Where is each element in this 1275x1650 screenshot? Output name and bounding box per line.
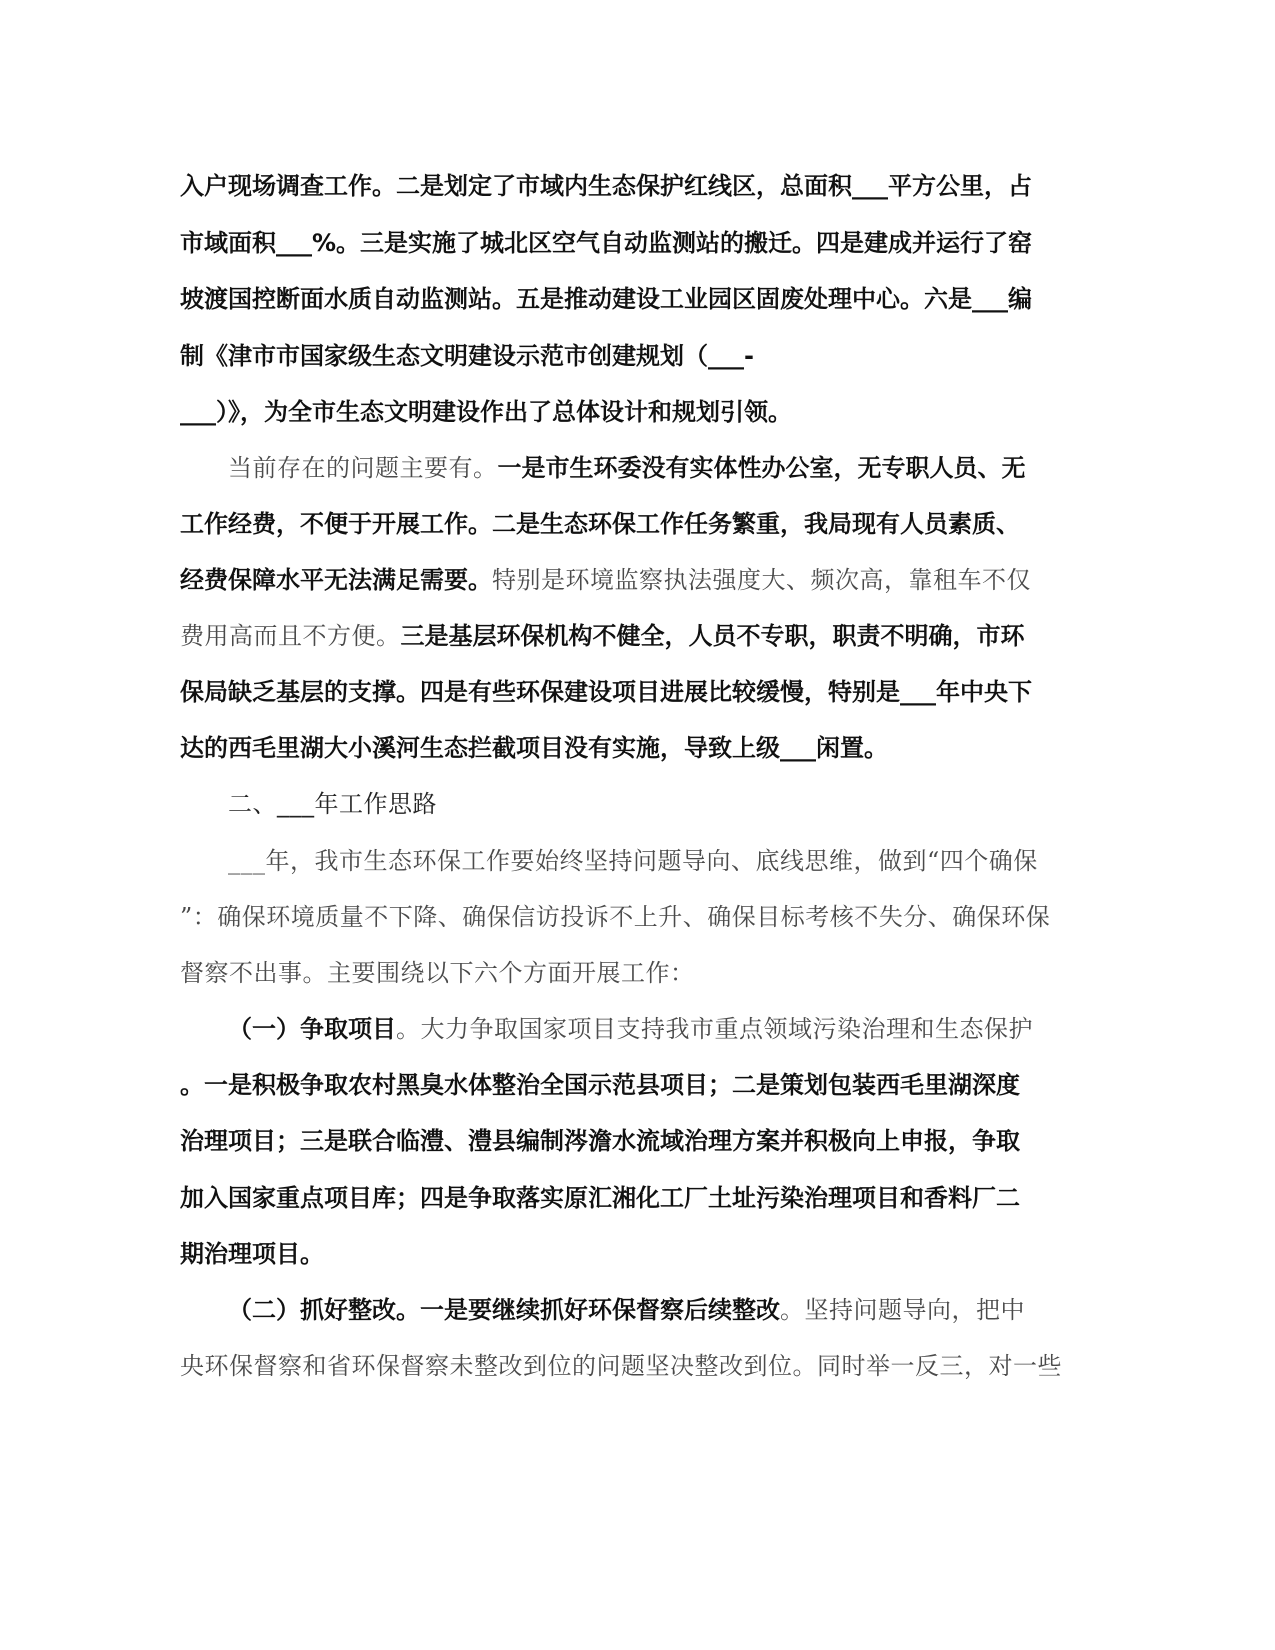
text-run: 特别是环境监察执法强度大、频次高，靠租车不仅 bbox=[492, 566, 1031, 594]
paragraph-line: 期治理项目。 bbox=[180, 1239, 324, 1269]
text-run: 经费保障水平无法满足需要。 bbox=[180, 566, 492, 594]
text-run: 治理项目；三是联合临澧、澧县编制涔澹水流域治理方案并积极向上申报，争取 bbox=[180, 1127, 1020, 1155]
paragraph-line: ”：确保环境质量不下降、确保信访投诉不上升、确保目标考核不失分、确保环保 bbox=[180, 902, 1050, 932]
paragraph-line: 制《津市市国家级生态文明建设示范市创建规划（___- bbox=[180, 341, 754, 371]
text-run: 央环保督察和省环保督察未整改到位的问题坚决整改到位。同时举一反三，对一些 bbox=[180, 1352, 1062, 1380]
text-run: 达的西毛里湖大小溪河生态拦截项目没有实施，导致上级___闲置。 bbox=[180, 734, 888, 762]
text-run: 加入国家重点项目库；四是争取落实原汇湘化工厂土址污染治理项目和香料厂二 bbox=[180, 1184, 1020, 1212]
text-run: ”：确保环境质量不下降、确保信访投诉不上升、确保目标考核不失分、确保环保 bbox=[180, 903, 1050, 931]
text-run: （二）抓好整改。一是要继续抓好环保督察后续整改 bbox=[228, 1296, 780, 1324]
paragraph-line: 经费保障水平无法满足需要。特别是环境监察执法强度大、频次高，靠租车不仅 bbox=[180, 565, 1031, 595]
text-run: 。坚持问题导向，把中 bbox=[780, 1296, 1025, 1324]
paragraph-line: 加入国家重点项目库；四是争取落实原汇湘化工厂土址污染治理项目和香料厂二 bbox=[180, 1183, 1020, 1213]
text-run: 坡渡国控断面水质自动监测站。五是推动建设工业园区固废处理中心。六是___编 bbox=[180, 285, 1032, 313]
paragraph-line: （一）争取项目。大力争取国家项目支持我市重点领域污染治理和生态保护 bbox=[228, 1014, 1033, 1044]
paragraph-line: ___）》，为全市生态文明建设作出了总体设计和规划引领。 bbox=[180, 397, 792, 427]
text-run: 入户现场调查工作。二是划定了市域内生态保护红线区，总面积___平方公里，占 bbox=[180, 172, 1032, 200]
paragraph-line: ___年，我市生态环保工作要始终坚持问题导向、底线思维，做到“四个确保 bbox=[228, 846, 1038, 876]
paragraph-line: 督察不出事。主要围绕以下六个方面开展工作： bbox=[180, 958, 695, 988]
text-run: 费用高而且不方便。 bbox=[180, 622, 401, 650]
text-run: 二、___年工作思路 bbox=[228, 790, 437, 818]
section-heading: 二、___年工作思路 bbox=[228, 789, 437, 819]
text-run: 一是市生环委没有实体性办公室，无专职人员、无 bbox=[498, 454, 1026, 482]
paragraph-line: 治理项目；三是联合临澧、澧县编制涔澹水流域治理方案并积极向上申报，争取 bbox=[180, 1126, 1020, 1156]
paragraph-line: 保局缺乏基层的支撑。四是有些环保建设项目进展比较缓慢，特别是___年中央下 bbox=[180, 677, 1032, 707]
document-page: 入户现场调查工作。二是划定了市域内生态保护红线区，总面积___平方公里，占 市域… bbox=[0, 0, 1275, 1650]
text-run: 工作经费，不便于开展工作。二是生态环保工作任务繁重，我局现有人员素质、 bbox=[180, 510, 1020, 538]
text-run: 。大力争取国家项目支持我市重点领域污染治理和生态保护 bbox=[396, 1015, 1033, 1043]
text-run: 三是基层环保机构不健全，人员不专职，职责不明确，市环 bbox=[401, 622, 1025, 650]
text-run: 。一是积极争取农村黑臭水体整治全国示范县项目；二是策划包装西毛里湖深度 bbox=[180, 1071, 1020, 1099]
text-run: 期治理项目。 bbox=[180, 1240, 324, 1268]
text-run: ___）》，为全市生态文明建设作出了总体设计和规划引领。 bbox=[180, 398, 792, 426]
text-run: 市域面积___%。三是实施了城北区空气自动监测站的搬迁。四是建成并运行了窑 bbox=[180, 229, 1032, 257]
paragraph-line: 市域面积___%。三是实施了城北区空气自动监测站的搬迁。四是建成并运行了窑 bbox=[180, 228, 1032, 258]
paragraph-line: 央环保督察和省环保督察未整改到位的问题坚决整改到位。同时举一反三，对一些 bbox=[180, 1351, 1062, 1381]
paragraph-line: 工作经费，不便于开展工作。二是生态环保工作任务繁重，我局现有人员素质、 bbox=[180, 509, 1020, 539]
text-run: 制《津市市国家级生态文明建设示范市创建规划（___- bbox=[180, 342, 754, 370]
paragraph-line: 坡渡国控断面水质自动监测站。五是推动建设工业园区固废处理中心。六是___编 bbox=[180, 284, 1032, 314]
text-run: 督察不出事。主要围绕以下六个方面开展工作： bbox=[180, 959, 695, 987]
paragraph-line: 达的西毛里湖大小溪河生态拦截项目没有实施，导致上级___闲置。 bbox=[180, 733, 888, 763]
paragraph-line: 入户现场调查工作。二是划定了市域内生态保护红线区，总面积___平方公里，占 bbox=[180, 171, 1032, 201]
text-run: ___年，我市生态环保工作要始终坚持问题导向、底线思维，做到“四个确保 bbox=[228, 847, 1038, 875]
paragraph-line: 费用高而且不方便。三是基层环保机构不健全，人员不专职，职责不明确，市环 bbox=[180, 621, 1025, 651]
text-run: 保局缺乏基层的支撑。四是有些环保建设项目进展比较缓慢，特别是___年中央下 bbox=[180, 678, 1032, 706]
text-run: （一）争取项目 bbox=[228, 1015, 396, 1043]
paragraph-line: 。一是积极争取农村黑臭水体整治全国示范县项目；二是策划包装西毛里湖深度 bbox=[180, 1070, 1020, 1100]
paragraph-line: （二）抓好整改。一是要继续抓好环保督察后续整改。坚持问题导向，把中 bbox=[228, 1295, 1025, 1325]
text-run: 当前存在的问题主要有。 bbox=[228, 454, 498, 482]
paragraph-line: 当前存在的问题主要有。一是市生环委没有实体性办公室，无专职人员、无 bbox=[228, 453, 1026, 483]
